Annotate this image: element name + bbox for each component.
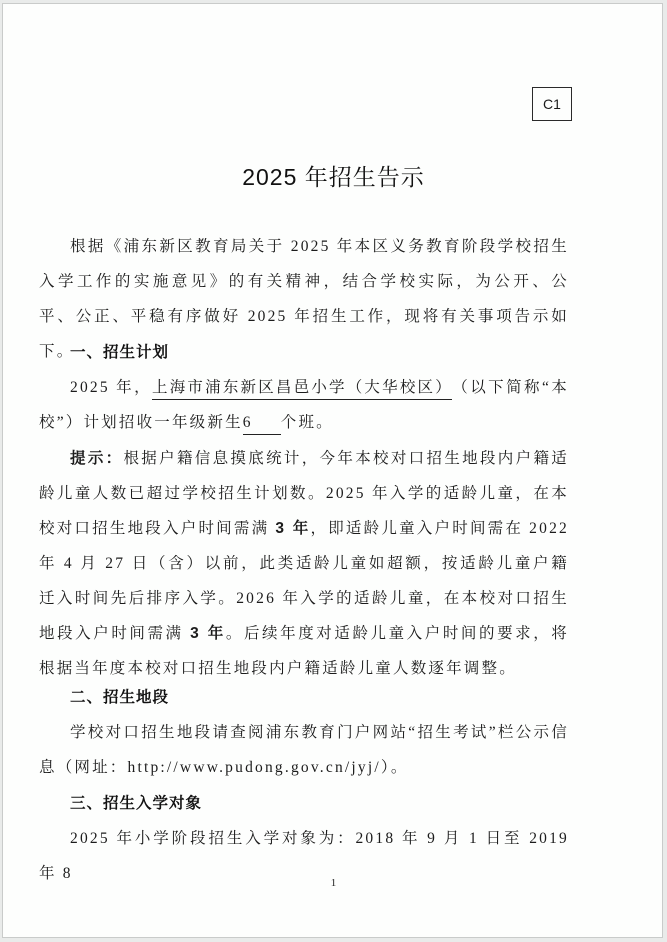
class-count-field: 6 [243,412,281,435]
page-code: C1 [543,96,561,112]
document-page: C1 2025 年招生告示 根据《浦东新区教育局关于 2025 年本区义务教育阶… [2,3,663,938]
plan-suffix: 个班。 [281,414,334,431]
section-heading: 二、招生地段 [39,680,569,715]
plan-paragraph: 2025 年，上海市浦东新区昌邑小学（大华校区）（以下简称“本校”）计划招收一年… [39,370,569,440]
notice-bold-years-2: 3 年 [190,625,226,642]
plan-prefix: 2025 年， [70,379,152,396]
section-enrollment-district: 二、招生地段 学校对口招生地段请查阅浦东教育门户网站“招生考试”栏公示信息（网址… [39,680,569,785]
notice-text-2: ，即适龄儿童入户时间需在 2022 年 4 月 27 日（含）以前，此类适龄儿童… [39,520,569,642]
section-heading: 三、招生入学对象 [39,786,569,821]
school-name-field: 上海市浦东新区昌邑小学（大华校区） [152,377,452,400]
district-paragraph: 学校对口招生地段请查阅浦东教育门户网站“招生考试”栏公示信息（网址：http:/… [39,715,569,785]
notice-label: 提示： [70,450,123,467]
section-heading: 一、招生计划 [39,335,569,370]
notice-paragraph: 提示：根据户籍信息摸底统计，今年本校对口招生地段内户籍适龄儿童人数已超过学校招生… [39,441,569,686]
page-number: 1 [3,877,664,889]
page-title: 2025 年招生告示 [3,159,664,192]
section-enrollment-plan: 一、招生计划 [39,335,569,370]
notice-bold-years-1: 3 年 [275,520,310,537]
section-enrollment-target: 三、招生入学对象 2025 年小学阶段招生入学对象为：2018 年 9 月 1 … [39,786,569,891]
page-code-box: C1 [532,87,572,121]
